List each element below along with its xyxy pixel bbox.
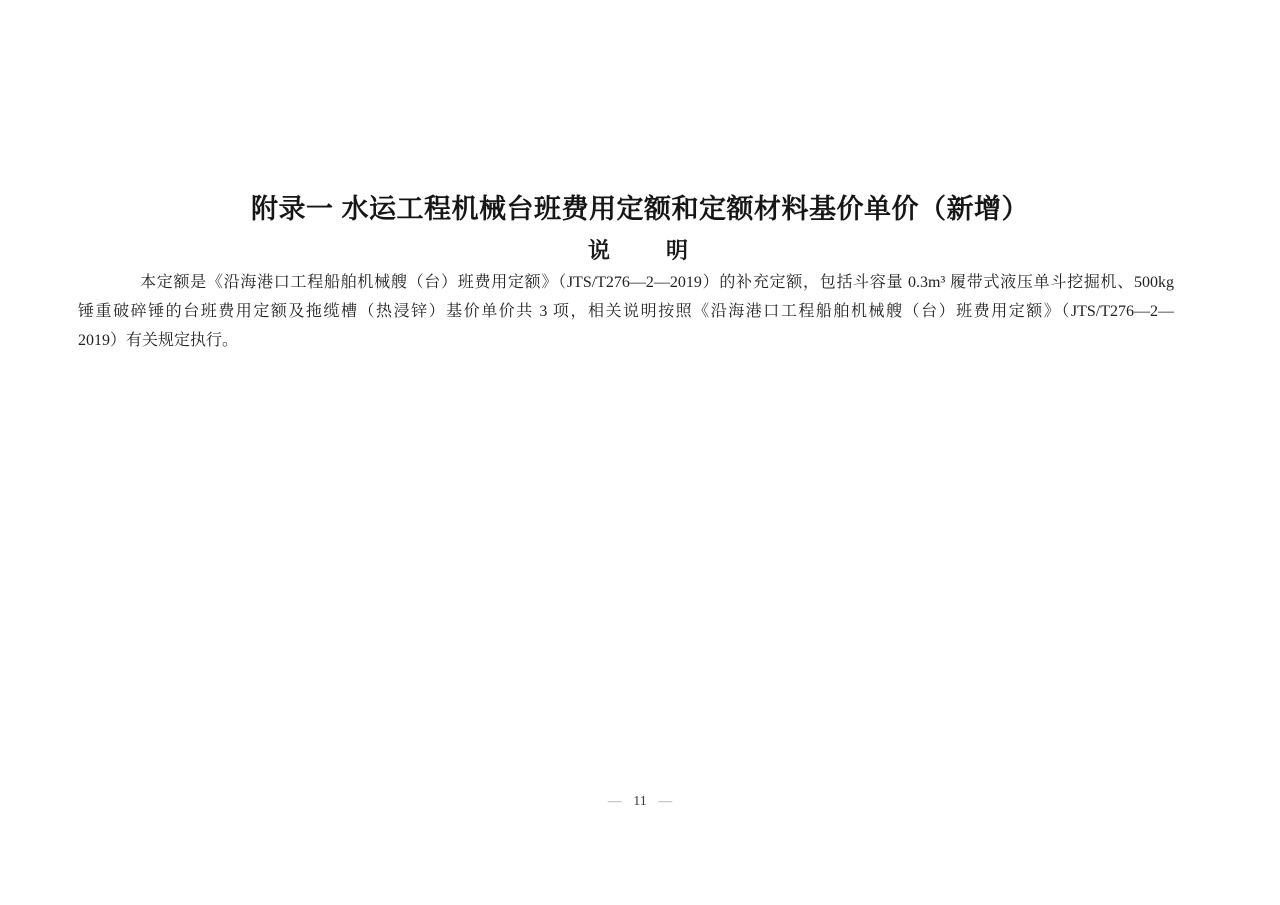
paragraph-line: 本定额是《沿海港口工程船舶机械艘（台）班费用定额》（JTS/T276—2—201… — [78, 268, 1174, 297]
footer-dash-left: — — [608, 794, 622, 809]
paragraph-line: 锤重破碎锤的台班费用定额及拖缆槽（热浸锌）基价单价共 3 项，相关说明按照《沿海… — [78, 297, 1174, 326]
footer-dash-right: — — [658, 794, 672, 809]
appendix-title: 附录一 水运工程机械台班费用定额和定额材料基价单价（新增） — [0, 192, 1280, 226]
page-number: 11 — [633, 794, 646, 810]
page-footer: — 11 — — [0, 794, 1280, 810]
paragraph-line: 2019）有关规定执行。 — [78, 326, 1174, 355]
document-page: 附录一 水运工程机械台班费用定额和定额材料基价单价（新增） 说 明 本定额是《沿… — [0, 0, 1280, 905]
section-heading: 说 明 — [0, 237, 1280, 265]
body-paragraph: 本定额是《沿海港口工程船舶机械艘（台）班费用定额》（JTS/T276—2—201… — [78, 268, 1174, 355]
